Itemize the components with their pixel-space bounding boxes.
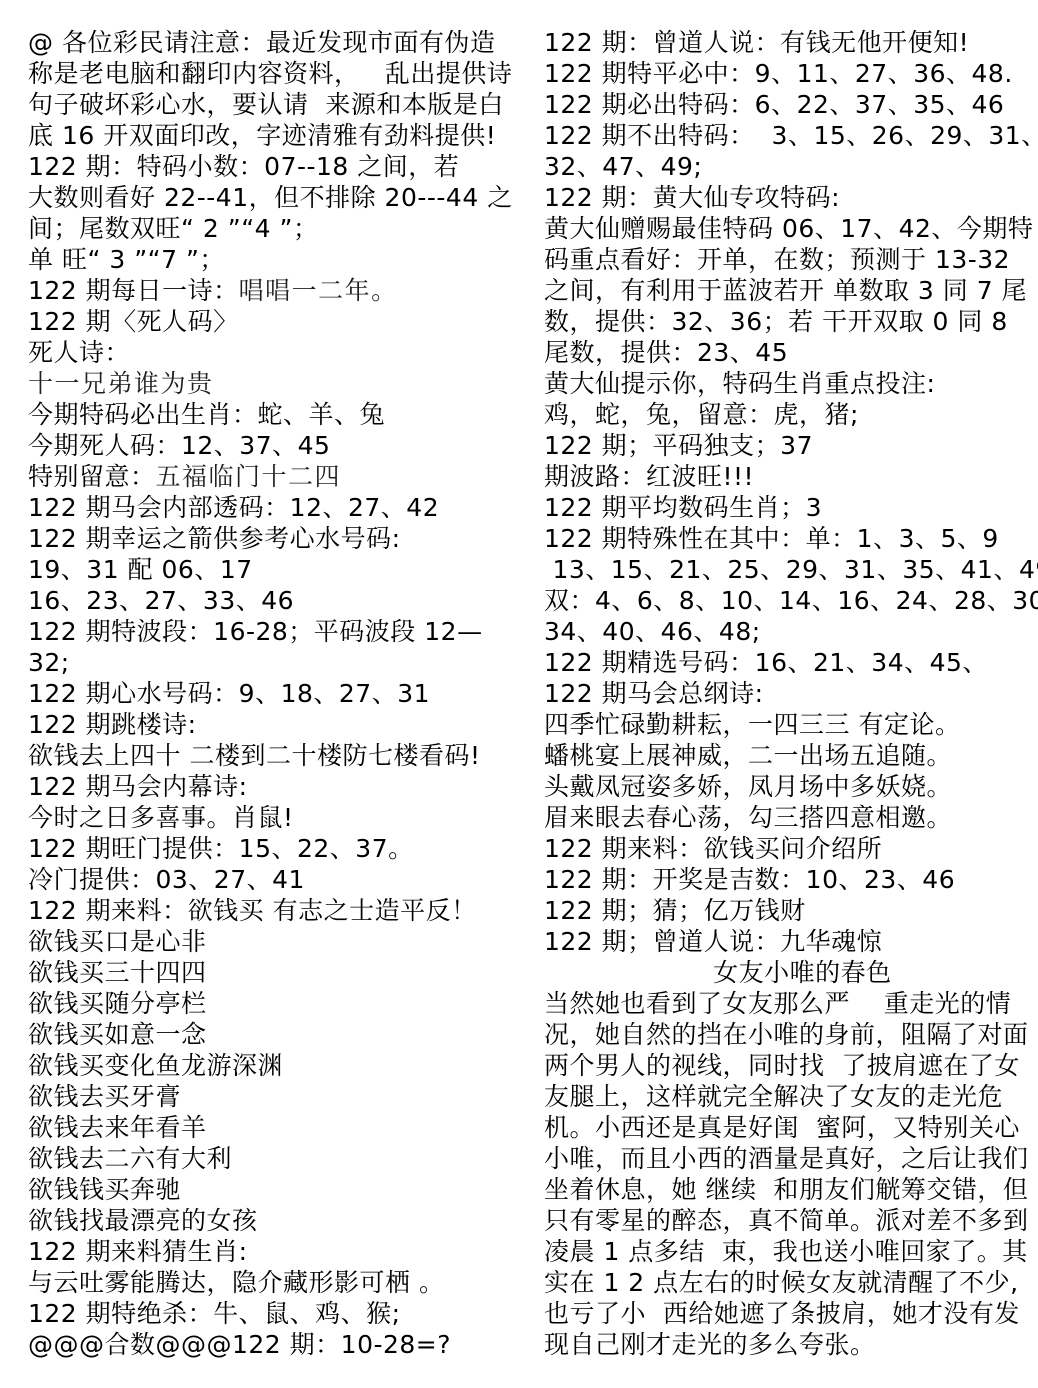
text-segment: 122 期幸运之箭供参考心水号码: xyxy=(28,524,401,553)
text-line: 122 期特殊性在其中：单：1、3、5、9 xyxy=(544,523,1038,554)
text-line: 特别留意：五福临门十二四 xyxy=(28,461,542,492)
text-line: 欲钱钱买奔驰 xyxy=(28,1174,542,1205)
text-line: 称是老电脑和翻印内容资料， 乱出提供诗 xyxy=(28,58,542,89)
text-segment: 大数则看好 22--41，但不排除 20---44 之 xyxy=(28,183,513,212)
serif-text-segment: 五福临门十二四 xyxy=(156,462,342,491)
text-line: 两个男人的视线，同时找 了披肩遮在了女 xyxy=(544,1050,1038,1081)
text-segment: 称是老电脑和翻印内容资料， 乱出提供诗 xyxy=(28,59,512,88)
text-segment: 双：4、6、8、10、14、16、24、28、30 xyxy=(544,586,1038,615)
text-segment: 只有零星的醉态，真不简单。派对差不多到 xyxy=(544,1206,1029,1235)
text-line: 底 16 开双面印改，字迹清雅有劲料提供! xyxy=(28,120,542,151)
text-line: 今期死人码：12、37、45 xyxy=(28,430,542,461)
text-segment: @ 各位彩民请注意：最近发现市面有伪造 xyxy=(28,28,495,57)
text-line: 122 期；曾道人说：九华魂惊 xyxy=(544,926,1038,957)
text-line: 122 期马会内部透码：12、27、42 xyxy=(28,492,542,523)
text-segment: 与云吐雾能腾达，隐介藏形影可栖 。 xyxy=(28,1268,444,1297)
text-segment: 底 16 开双面印改，字迹清雅有劲料提供! xyxy=(28,121,496,150)
text-segment: 欲钱买口是心非 xyxy=(28,927,207,956)
text-segment: 况，她自然的挡在小唯的身前，阻隔了对面 xyxy=(544,1020,1029,1049)
text-segment: 16、23、27、33、46 xyxy=(28,586,294,615)
text-segment: 眉来眼去春心荡，勾三搭四意相邀。 xyxy=(544,803,952,832)
text-line: 32; xyxy=(28,647,542,678)
text-line: 数，提供：32、36；若 干开双取 0 同 8 xyxy=(544,306,1038,337)
text-segment: 122 期来料：欲钱买问介绍所 xyxy=(544,834,882,863)
text-line: 冷门提供：03、27、41 xyxy=(28,864,542,895)
text-segment: 122 期平均数码生肖；3 xyxy=(544,493,822,522)
text-segment: 122 期马会总纲诗: xyxy=(544,679,764,708)
serif-text-segment: 唱唱一二年。 xyxy=(239,276,398,305)
text-line: 黄大仙赠赐最佳特码 06、17、42、今期特 xyxy=(544,213,1038,244)
text-segment: 期波路：红波旺!!! xyxy=(544,462,754,491)
text-segment: 122 期：特码小数：07--18 之间，若 xyxy=(28,152,459,181)
text-line: 122 期每日一诗：唱唱一二年。 xyxy=(28,275,542,306)
text-line: 122 期：黄大仙专攻特码: xyxy=(544,182,1038,213)
text-line: 122 期特波段：16-28；平码波段 12— xyxy=(28,616,542,647)
text-segment: 今期死人码：12、37、45 xyxy=(28,431,330,460)
text-segment: 黄大仙赠赐最佳特码 06、17、42、今期特 xyxy=(544,214,1033,243)
text-line: 122 期精选号码：16、21、34、45、 xyxy=(544,647,1038,678)
text-segment: 头戴凤冠姿多娇，凤月场中多妖娆。 xyxy=(544,772,952,801)
text-line: 鸡，蛇，兔，留意：虎，猪; xyxy=(544,399,1038,430)
text-line: 122 期旺门提供：15、22、37。 xyxy=(28,833,542,864)
text-segment: 13、15、21、25、29、31、35、41、49; xyxy=(544,555,1038,584)
text-line: 双：4、6、8、10、14、16、24、28、30 xyxy=(544,585,1038,616)
text-line: 122 期〈死人码〉 xyxy=(28,306,542,337)
text-segment: 122 期心水号码：9、18、27、31 xyxy=(28,679,430,708)
text-segment: 当然她也看到了女友那么严 重走光的情 xyxy=(544,989,1011,1018)
text-line: 122 期不出特码： 3、15、26、29、31、 xyxy=(544,120,1038,151)
text-line: 期波路：红波旺!!! xyxy=(544,461,1038,492)
text-line: 32、47、49; xyxy=(544,151,1038,182)
text-line: 间；尾数双旺“ 2 ”“4 ”； xyxy=(28,213,542,244)
text-line: 欲钱找最漂亮的女孩 xyxy=(28,1205,542,1236)
text-segment: 今期特码必出生肖：蛇、羊、兔 xyxy=(28,400,385,429)
text-line: 122 期：开奖是吉数：10、23、46 xyxy=(544,864,1038,895)
text-line: 今时之日多喜事。肖鼠! xyxy=(28,802,542,833)
text-line: 句子破坏彩心水，要认请 来源和本版是白 xyxy=(28,89,542,120)
text-line: 34、40、46、48; xyxy=(544,616,1038,647)
text-segment: 女友小唯的春色 xyxy=(713,958,892,987)
text-line: 122 期来料：欲钱买 有志之士造平反！ xyxy=(28,895,542,926)
text-line: 只有零星的醉态，真不简单。派对差不多到 xyxy=(544,1205,1038,1236)
text-segment: 122 期必出特码：6、22、37、35、46 xyxy=(544,90,1004,119)
text-segment: 欲钱去上四十 二楼到二十楼防七楼看码! xyxy=(28,741,480,770)
text-line: 单 旺“ 3 ”“7 ”； xyxy=(28,244,542,275)
text-line: @ 各位彩民请注意：最近发现市面有伪造 xyxy=(28,27,542,58)
lottery-tips-sheet: @ 各位彩民请注意：最近发现市面有伪造称是老电脑和翻印内容资料， 乱出提供诗句子… xyxy=(0,0,1038,1388)
text-segment: 实在 1 2 点左右的时候女友就清醒了不少, xyxy=(544,1268,1019,1297)
text-segment: 122 期〈死人码〉 xyxy=(28,307,239,336)
text-segment: 122 期每日一诗： xyxy=(28,276,239,305)
text-line: 122 期马会总纲诗: xyxy=(544,678,1038,709)
text-line: 欲钱买三十四四 xyxy=(28,957,542,988)
text-line: 欲钱买变化鱼龙游深渊 xyxy=(28,1050,542,1081)
text-segment: 鸡，蛇，兔，留意：虎，猪; xyxy=(544,400,859,429)
text-line: 之间，有利用于蓝波若开 单数取 3 同 7 尾 xyxy=(544,275,1038,306)
right-column: 122 期：曾道人说：有钱无他开便知!122 期特平必中：9、11、27、36、… xyxy=(542,27,1038,1388)
text-segment: 34、40、46、48; xyxy=(544,617,761,646)
text-line: 122 期必出特码：6、22、37、35、46 xyxy=(544,89,1038,120)
text-line: 况，她自然的挡在小唯的身前，阻隔了对面 xyxy=(544,1019,1038,1050)
text-segment: 冷门提供：03、27、41 xyxy=(28,865,305,894)
text-segment: 友腿上，这样就完全解决了女友的走光危 xyxy=(544,1082,1003,1111)
text-segment: 122 期来料：欲钱买 有志之士造平反！ xyxy=(28,896,477,925)
text-segment: 122 期特殊性在其中：单：1、3、5、9 xyxy=(544,524,999,553)
text-segment: 122 期马会内部透码：12、27、42 xyxy=(28,493,439,522)
text-segment: 之间，有利用于蓝波若开 单数取 3 同 7 尾 xyxy=(544,276,1027,305)
text-line: 凌晨 1 点多结 束，我也送小唯回家了。其 xyxy=(544,1236,1038,1267)
text-segment: 122 期旺门提供：15、22、37。 xyxy=(28,834,414,863)
text-line: @@@合数@@@122 期：10-28=? xyxy=(28,1329,542,1360)
text-segment: 也亏了小 西给她遮了条披肩，她才没有发 xyxy=(544,1299,1020,1328)
text-line: 19、31 配 06、17 xyxy=(28,554,542,585)
text-line: 122 期：曾道人说：有钱无他开便知! xyxy=(544,27,1038,58)
text-segment: 尾数，提供：23、45 xyxy=(544,338,788,367)
text-line: 欲钱去来年看羊 xyxy=(28,1112,542,1143)
text-segment: 122 期跳楼诗: xyxy=(28,710,197,739)
text-line: 与云吐雾能腾达，隐介藏形影可栖 。 xyxy=(28,1267,542,1298)
text-segment: 122 期：开奖是吉数：10、23、46 xyxy=(544,865,955,894)
text-line: 122 期平均数码生肖；3 xyxy=(544,492,1038,523)
text-segment: 间；尾数双旺“ 2 ”“4 ”； xyxy=(28,214,318,243)
text-line: 欲钱去买牙膏 xyxy=(28,1081,542,1112)
text-segment: 欲钱去买牙膏 xyxy=(28,1082,181,1111)
text-segment: 122 期；猜；亿万钱财 xyxy=(544,896,806,925)
text-segment: 32、47、49; xyxy=(544,152,702,181)
text-segment: 19、31 配 06、17 xyxy=(28,555,253,584)
text-segment: 欲钱买随分亭栏 xyxy=(28,989,207,1018)
text-line: 欲钱去上四十 二楼到二十楼防七楼看码! xyxy=(28,740,542,771)
text-line: 122 期特平必中：9、11、27、36、48. xyxy=(544,58,1038,89)
text-segment: 122 期不出特码： 3、15、26、29、31、 xyxy=(544,121,1038,150)
text-line: 头戴凤冠姿多娇，凤月场中多妖娆。 xyxy=(544,771,1038,802)
text-segment: 死人诗： xyxy=(28,338,130,367)
text-segment: 122 期；曾道人说：九华魂惊 xyxy=(544,927,882,956)
text-line: 小唯，而且小西的酒量是真好，之后让我们 xyxy=(544,1143,1038,1174)
text-line: 13、15、21、25、29、31、35、41、49; xyxy=(544,554,1038,585)
text-line: 122 期；平码独支；37 xyxy=(544,430,1038,461)
text-segment: 122 期马会内幕诗: xyxy=(28,772,248,801)
text-line: 机。小西还是真是好闺 蜜阿，又特别关心 xyxy=(544,1112,1038,1143)
serif-text-segment: 十一兄弟谁为贵 xyxy=(28,369,214,398)
text-line: 欲钱去二六有大利 xyxy=(28,1143,542,1174)
text-segment: 四季忙碌勤耕耘，一四三三 有定论。 xyxy=(544,710,960,739)
text-line: 坐着休息，她 继续 和朋友们觥筹交错，但 xyxy=(544,1174,1038,1205)
text-line: 当然她也看到了女友那么严 重走光的情 xyxy=(544,988,1038,1019)
text-segment: 句子破坏彩心水，要认请 来源和本版是白 xyxy=(28,90,504,119)
text-line: 122 期跳楼诗: xyxy=(28,709,542,740)
text-line: 现自己刚才走光的多么夸张。 xyxy=(544,1329,1038,1360)
text-line: 今期特码必出生肖：蛇、羊、兔 xyxy=(28,399,542,430)
text-line: 四季忙碌勤耕耘，一四三三 有定论。 xyxy=(544,709,1038,740)
text-line: 友腿上，这样就完全解决了女友的走光危 xyxy=(544,1081,1038,1112)
text-segment: 32; xyxy=(28,648,70,677)
text-segment: 小唯，而且小西的酒量是真好，之后让我们 xyxy=(544,1144,1029,1173)
left-column: @ 各位彩民请注意：最近发现市面有伪造称是老电脑和翻印内容资料， 乱出提供诗句子… xyxy=(28,27,542,1388)
text-line: 欲钱买口是心非 xyxy=(28,926,542,957)
text-line: 十一兄弟谁为贵 xyxy=(28,368,542,399)
text-line: 122 期：特码小数：07--18 之间，若 xyxy=(28,151,542,182)
text-segment: 122 期特绝杀：牛、鼠、鸡、猴; xyxy=(28,1299,401,1328)
text-segment: 122 期特波段：16-28；平码波段 12— xyxy=(28,617,483,646)
text-line: 欲钱买随分亭栏 xyxy=(28,988,542,1019)
text-segment: 机。小西还是真是好闺 蜜阿，又特别关心 xyxy=(544,1113,1020,1142)
text-line: 122 期来料猜生肖: xyxy=(28,1236,542,1267)
text-line: 122 期特绝杀：牛、鼠、鸡、猴; xyxy=(28,1298,542,1329)
story-title: 女友小唯的春色 xyxy=(544,957,1038,988)
text-segment: 数，提供：32、36；若 干开双取 0 同 8 xyxy=(544,307,1008,336)
text-segment: 122 期；平码独支；37 xyxy=(544,431,813,460)
text-line: 122 期来料：欲钱买问介绍所 xyxy=(544,833,1038,864)
text-segment: 坐着休息，她 继续 和朋友们觥筹交错，但 xyxy=(544,1175,1028,1204)
text-segment: 欲钱买三十四四 xyxy=(28,958,207,987)
text-segment: @@@合数@@@122 期：10-28=? xyxy=(28,1330,451,1359)
text-segment: 欲钱钱买奔驰 xyxy=(28,1175,181,1204)
text-line: 122 期马会内幕诗: xyxy=(28,771,542,802)
text-line: 122 期；猜；亿万钱财 xyxy=(544,895,1038,926)
text-segment: 122 期精选号码：16、21、34、45、 xyxy=(544,648,988,677)
text-line: 大数则看好 22--41，但不排除 20---44 之 xyxy=(28,182,542,213)
text-segment: 122 期：曾道人说：有钱无他开便知! xyxy=(544,28,969,57)
text-segment: 122 期：黄大仙专攻特码: xyxy=(544,183,840,212)
text-segment: 122 期特平必中：9、11、27、36、48. xyxy=(544,59,1013,88)
text-segment: 欲钱买变化鱼龙游深渊 xyxy=(28,1051,283,1080)
text-line: 也亏了小 西给她遮了条披肩，她才没有发 xyxy=(544,1298,1038,1329)
text-segment: 今时之日多喜事。肖鼠! xyxy=(28,803,294,832)
text-segment: 特别留意： xyxy=(28,462,156,491)
text-segment: 蟠桃宴上展神威，二一出场五追随。 xyxy=(544,741,952,770)
text-segment: 欲钱去来年看羊 xyxy=(28,1113,207,1142)
text-line: 蟠桃宴上展神威，二一出场五追随。 xyxy=(544,740,1038,771)
text-segment: 欲钱去二六有大利 xyxy=(28,1144,232,1173)
text-segment: 122 期来料猜生肖: xyxy=(28,1237,248,1266)
text-segment: 欲钱买如意一念 xyxy=(28,1020,207,1049)
text-segment: 两个男人的视线，同时找 了披肩遮在了女 xyxy=(544,1051,1020,1080)
text-segment: 欲钱找最漂亮的女孩 xyxy=(28,1206,258,1235)
text-line: 122 期幸运之箭供参考心水号码: xyxy=(28,523,542,554)
text-line: 16、23、27、33、46 xyxy=(28,585,542,616)
text-line: 眉来眼去春心荡，勾三搭四意相邀。 xyxy=(544,802,1038,833)
text-line: 码重点看好：开单，在数；预测于 13-32 xyxy=(544,244,1038,275)
text-segment: 现自己刚才走光的多么夸张。 xyxy=(544,1330,876,1359)
text-line: 欲钱买如意一念 xyxy=(28,1019,542,1050)
text-line: 黄大仙提示你，特码生肖重点投注: xyxy=(544,368,1038,399)
text-line: 122 期心水号码：9、18、27、31 xyxy=(28,678,542,709)
text-segment: 凌晨 1 点多结 束，我也送小唯回家了。其 xyxy=(544,1237,1028,1266)
text-line: 实在 1 2 点左右的时候女友就清醒了不少, xyxy=(544,1267,1038,1298)
text-segment: 码重点看好：开单，在数；预测于 13-32 xyxy=(544,245,1010,274)
text-line: 死人诗： xyxy=(28,337,542,368)
text-segment: 黄大仙提示你，特码生肖重点投注: xyxy=(544,369,935,398)
text-segment: 单 旺“ 3 ”“7 ”； xyxy=(28,245,225,274)
text-line: 尾数，提供：23、45 xyxy=(544,337,1038,368)
